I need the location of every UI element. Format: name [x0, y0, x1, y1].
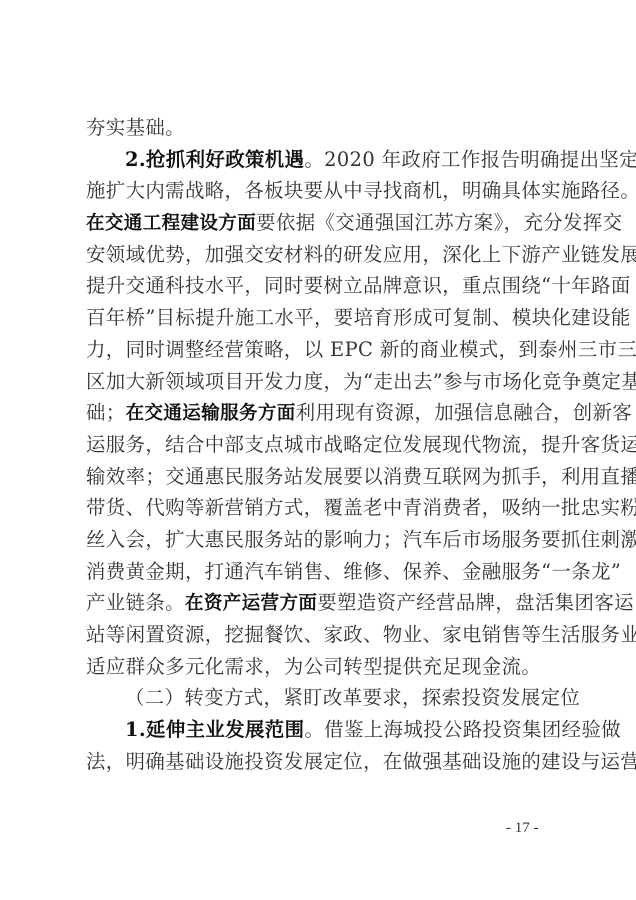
line-text: 利用现有资源，加强信息融合，创新客	[296, 401, 632, 424]
paragraph-line: 消费黄金期，打通汽车销售、维修、保养、金融服务“一条龙”	[86, 556, 554, 588]
paragraph-line: 1.延伸主业发展范围。借鉴上海城投公路投资集团经验做	[86, 714, 554, 746]
line-text: 。借鉴上海城投公路投资集团经验做	[304, 718, 621, 741]
paragraph-line: 础；在交通运输服务方面利用现有资源，加强信息融合，创新客	[86, 397, 554, 429]
line-text: 百年桥”目标提升施工水平，要培育形成可复制、模块化建设能	[86, 306, 631, 329]
paragraph-line: 输效率；交通惠民服务站发展要以消费互联网为抓手，利用直播	[86, 461, 554, 493]
line-text: 。2020 年政府工作报告明确提出坚定实	[304, 148, 636, 171]
line-text: 安领域优势，加强交安材料的研发应用，深化上下游产业链发展，	[86, 243, 636, 266]
line-text: 力，同时调整经营策略，以 EPC 新的商业模式，到泰州三市三	[86, 338, 636, 361]
emphasis-heading: 在资产运营方面	[185, 593, 317, 614]
paragraph-line: 夯实基础。	[86, 112, 554, 144]
line-prefix: 产业链条。	[86, 591, 185, 614]
paragraph-line: 力，同时调整经营策略，以 EPC 新的商业模式，到泰州三市三	[86, 334, 554, 366]
line-text: 消费黄金期，打通汽车销售、维修、保养、金融服务“一条龙”	[86, 560, 621, 583]
section-heading: （二）转变方式，紧盯改革要求，探索投资发展定位	[86, 682, 554, 714]
paragraph-line: 2.抢抓利好政策机遇。2020 年政府工作报告明确提出坚定实	[86, 144, 554, 176]
body-text: 夯实基础。 2.抢抓利好政策机遇。2020 年政府工作报告明确提出坚定实 施扩大…	[86, 112, 554, 777]
paragraph-line: 安领域优势，加强交安材料的研发应用，深化上下游产业链发展，	[86, 239, 554, 271]
line-text: 施扩大内需战略，各板块要从中寻找商机，明确具体实施路径。	[86, 179, 636, 202]
line-text: 站等闲置资源，挖掘餐饮、家政、物业、家电销售等生活服务业，	[86, 623, 636, 646]
line-text: 输效率；交通惠民服务站发展要以消费互联网为抓手，利用直播	[86, 465, 636, 488]
paragraph-line: 百年桥”目标提升施工水平，要培育形成可复制、模块化建设能	[86, 302, 554, 334]
document-page: 夯实基础。 2.抢抓利好政策机遇。2020 年政府工作报告明确提出坚定实 施扩大…	[0, 0, 636, 900]
line-text: 区加大新领域项目开发力度，为“走出去”参与市场化竞争奠定基	[86, 370, 636, 393]
paragraph-line: 产业链条。在资产运营方面要塑造资产经营品牌，盘活集团客运	[86, 587, 554, 619]
paragraph-line: 施扩大内需战略，各板块要从中寻找商机，明确具体实施路径。	[86, 175, 554, 207]
line-text: 要依据《交通强国江苏方案》，充分发挥交	[256, 211, 622, 234]
paragraph-line: 法，明确基础设施投资发展定位，在做强基础设施的建设与运营	[86, 746, 554, 778]
line-text: 带货、代购等新营销方式，覆盖老中青消费者，吸纳一批忠实粉	[86, 496, 636, 519]
line-text: 法，明确基础设施投资发展定位，在做强基础设施的建设与运营	[86, 750, 636, 773]
line-text: 运服务，结合中部支点城市战略定位发展现代物流，提升客货运	[86, 433, 636, 456]
page-number: - 17 -	[506, 820, 539, 837]
subsection-title: 1.延伸主业发展范围	[125, 718, 304, 741]
paragraph-line: 运服务，结合中部支点城市战略定位发展现代物流，提升客货运	[86, 429, 554, 461]
line-text: 要塑造资产经营品牌，盘活集团客运	[317, 591, 634, 614]
emphasis-heading: 在交通工程建设方面	[86, 213, 256, 234]
section-heading-text: （二）转变方式，紧盯改革要求，探索投资发展定位	[125, 686, 580, 709]
line-text: 提升交通科技水平，同时要树立品牌意识，重点围绕“十年路面	[86, 274, 631, 297]
line-text: 丝入会，扩大惠民服务站的影响力；汽车后市场服务要抓住刺激	[86, 528, 636, 551]
paragraph-line: 提升交通科技水平，同时要树立品牌意识，重点围绕“十年路面	[86, 270, 554, 302]
paragraph-line: 丝入会，扩大惠民服务站的影响力；汽车后市场服务要抓住刺激	[86, 524, 554, 556]
subsection-title: 2.抢抓利好政策机遇	[125, 148, 304, 171]
paragraph-line: 站等闲置资源，挖掘餐饮、家政、物业、家电销售等生活服务业，	[86, 619, 554, 651]
paragraph-line: 带货、代购等新营销方式，覆盖老中青消费者，吸纳一批忠实粉	[86, 492, 554, 524]
paragraph-line: 在交通工程建设方面要依据《交通强国江苏方案》，充分发挥交	[86, 207, 554, 239]
line-text: 适应群众多元化需求，为公司转型提供充足现金流。	[86, 655, 541, 678]
emphasis-heading: 在交通运输服务方面	[126, 403, 296, 424]
paragraph-line: 区加大新领域项目开发力度，为“走出去”参与市场化竞争奠定基	[86, 366, 554, 398]
paragraph-line: 适应群众多元化需求，为公司转型提供充足现金流。	[86, 651, 554, 683]
line-text: 夯实基础。	[86, 116, 185, 139]
line-prefix: 础；	[86, 401, 126, 424]
